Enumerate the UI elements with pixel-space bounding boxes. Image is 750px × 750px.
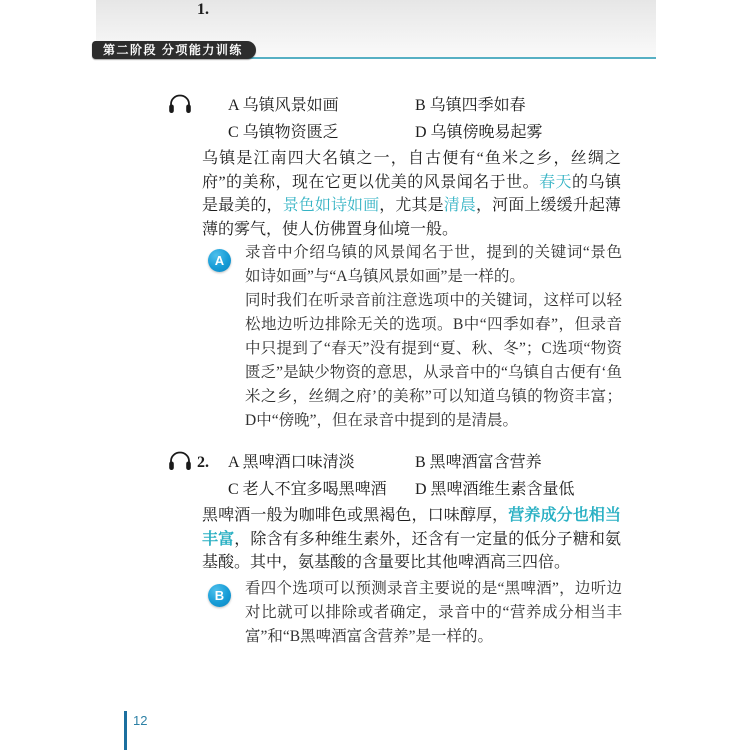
transcript-keyword: 清晨 (444, 197, 476, 214)
option-c: C 老人不宜多喝黑啤酒 (228, 480, 415, 500)
transcript-keyword: 景色如诗如画 (283, 197, 380, 214)
option-c: C 乌镇物资匮乏 (228, 123, 415, 143)
option-d: D 黑啤酒维生素含量低 (415, 480, 621, 500)
transcript-keyword: 春天 (539, 174, 572, 191)
listening-transcript: 乌镇是江南四大名镇之一，自古便有“鱼米之乡，丝绸之府”的美称，现在它更以优美的风… (202, 147, 621, 241)
listening-transcript: 黑啤酒一般为咖啡色或黑褐色，口味醇厚，营养成分也相当丰富，除含有多种维生素外，还… (202, 504, 621, 575)
chapter-tag: 第二阶段 分项能力训练 (92, 41, 256, 59)
option-b: B 黑啤酒富含营养 (415, 453, 621, 473)
transcript-segment: ，尤其是 (379, 197, 443, 214)
headphones-icon (167, 450, 193, 477)
chapter-tag-label: 第二阶段 分项能力训练 (103, 43, 243, 57)
answer-explanation: 录音中介绍乌镇的风景闻名于世，提到的关键词“景色如诗如画”与“A乌镇风景如画”是… (245, 241, 622, 433)
answer-badge: A (208, 249, 231, 272)
question-options: A 乌镇风景如画 B 乌镇四季如春 C 乌镇物资匮乏 D 乌镇傍晚易起雾 (228, 96, 621, 143)
question-options: A 黑啤酒口味清淡 B 黑啤酒富含营养 C 老人不宜多喝黑啤酒 D 黑啤酒维生素… (228, 453, 621, 500)
transcript-segment: 黑啤酒一般为咖啡色或黑褐色，口味醇厚， (202, 507, 508, 524)
question-number: 2. (197, 453, 209, 473)
option-d: D 乌镇傍晚易起雾 (415, 123, 621, 143)
explanation-paragraph: 看四个选项可以预测录音主要说的是“黑啤酒”，边听边对比就可以排除或者确定，录音中… (245, 577, 622, 649)
transcript-segment: ，除含有多种维生素外，还含有一定量的低分子糖和氨基酸。其中，氨基酸的含量要比其他… (202, 531, 621, 572)
explanation-paragraph: 录音中介绍乌镇的风景闻名于世，提到的关键词“景色如诗如画”与“A乌镇风景如画”是… (245, 241, 622, 289)
option-a: A 乌镇风景如画 (228, 96, 415, 116)
answer-explanation: 看四个选项可以预测录音主要说的是“黑啤酒”，边听边对比就可以排除或者确定，录音中… (245, 577, 622, 649)
option-a: A 黑啤酒口味清淡 (228, 453, 415, 473)
book-page: 第二阶段 分项能力训练 1. A 乌镇风景如画 B 乌镇四季如春 C 乌镇物资匮… (0, 0, 750, 750)
headphones-icon (167, 93, 193, 120)
answer-badge: B (208, 584, 231, 607)
explanation-paragraph: 同时我们在听录音前注意选项中的关键词，这样可以轻松地边听边排除无关的选项。B中“… (245, 289, 622, 433)
option-b: B 乌镇四季如春 (415, 96, 621, 116)
page-number: 12 (133, 713, 147, 728)
footer-rule (124, 711, 127, 750)
question-number: 1. (197, 0, 209, 20)
